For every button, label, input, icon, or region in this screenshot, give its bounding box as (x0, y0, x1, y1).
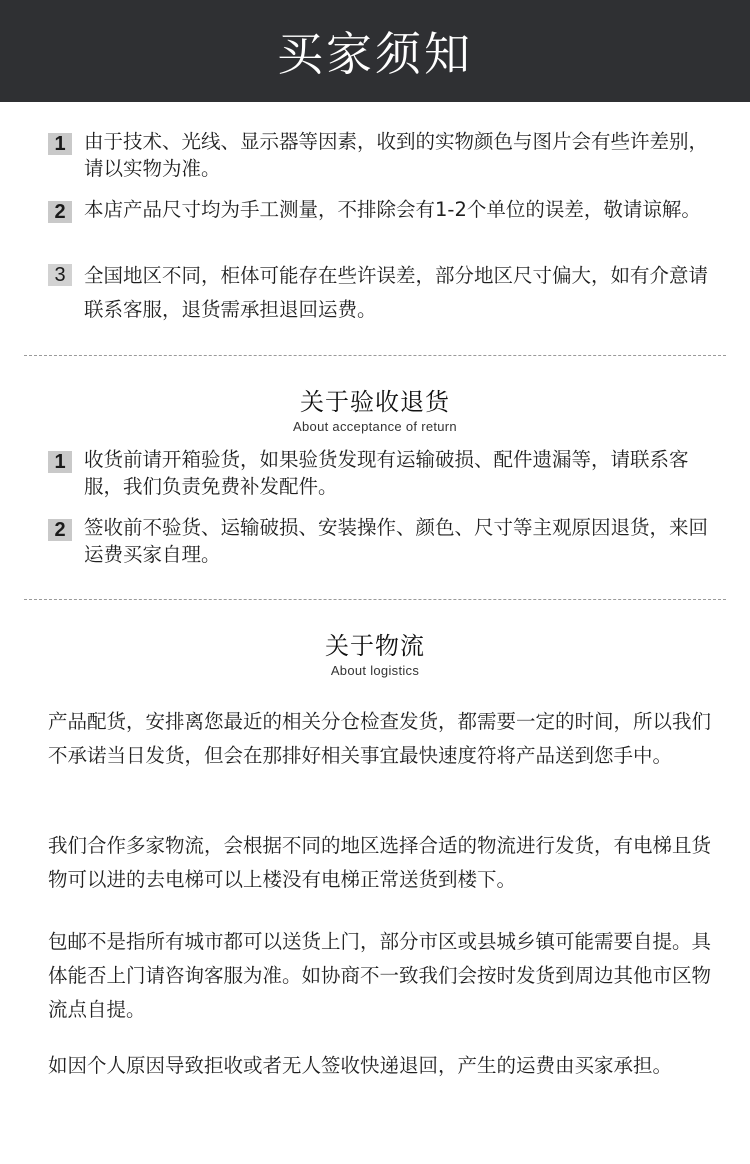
section-title-en: About acceptance of return (0, 419, 750, 434)
section-title-cn: 关于物流 (0, 626, 750, 661)
notice-item-2: 2 本店产品尺寸均为手工测量，不排除会有1-2个单位的误差，敬请谅解。 (48, 196, 714, 223)
notice-text: 本店产品尺寸均为手工测量，不排除会有1-2个单位的误差，敬请谅解。 (84, 196, 714, 223)
section-title-logistics: 关于物流 About logistics (0, 626, 750, 678)
section-title-cn: 关于验收退货 (0, 382, 750, 417)
returns-item-2: 2 签收前不验货、运输破损、安装操作、颜色、尺寸等主观原因退货，来回运费买家自理… (48, 514, 714, 568)
dashed-divider (24, 355, 726, 356)
notice-item-3: 3 全国地区不同，柜体可能存在些许误差，部分地区尺寸偏大，如有介意请联系客服，退… (48, 259, 714, 327)
logistics-paragraph-1: 产品配货，安排离您最近的相关分仓检查发货，都需要一定的时间，所以我们不承诺当日发… (48, 705, 718, 773)
notice-item-1: 1 由于技术、光线、显示器等因素，收到的实物颜色与图片会有些许差别，请以实物为准… (48, 128, 714, 182)
number-badge: 1 (48, 451, 72, 473)
notice-text: 全国地区不同，柜体可能存在些许误差，部分地区尺寸偏大，如有介意请联系客服，退货需… (84, 259, 714, 327)
logistics-paragraph-4: 如因个人原因导致拒收或者无人签收快递退回，产生的运费由买家承担。 (48, 1049, 718, 1083)
number-badge: 2 (48, 519, 72, 541)
number-badge: 1 (48, 133, 72, 155)
page-header: 买家须知 (0, 0, 750, 102)
returns-text: 签收前不验货、运输破损、安装操作、颜色、尺寸等主观原因退货，来回运费买家自理。 (84, 514, 714, 568)
notice-text: 由于技术、光线、显示器等因素，收到的实物颜色与图片会有些许差别，请以实物为准。 (84, 128, 714, 182)
number-badge: 2 (48, 201, 72, 223)
logistics-paragraph-3: 包邮不是指所有城市都可以送货上门，部分市区或县城乡镇可能需要自提。具体能否上门请… (48, 925, 718, 1027)
returns-text: 收货前请开箱验货，如果验货发现有运输破损、配件遗漏等，请联系客服，我们负责免费补… (84, 446, 714, 500)
number-badge: 3 (48, 264, 72, 286)
section-title-en: About logistics (0, 663, 750, 678)
logistics-paragraph-2: 我们合作多家物流，会根据不同的地区选择合适的物流进行发货，有电梯且货物可以进的去… (48, 829, 718, 897)
dashed-divider (24, 599, 726, 600)
page-title: 买家须知 (277, 18, 473, 84)
returns-item-1: 1 收货前请开箱验货，如果验货发现有运输破损、配件遗漏等，请联系客服，我们负责免… (48, 446, 714, 500)
section-title-returns: 关于验收退货 About acceptance of return (0, 382, 750, 434)
